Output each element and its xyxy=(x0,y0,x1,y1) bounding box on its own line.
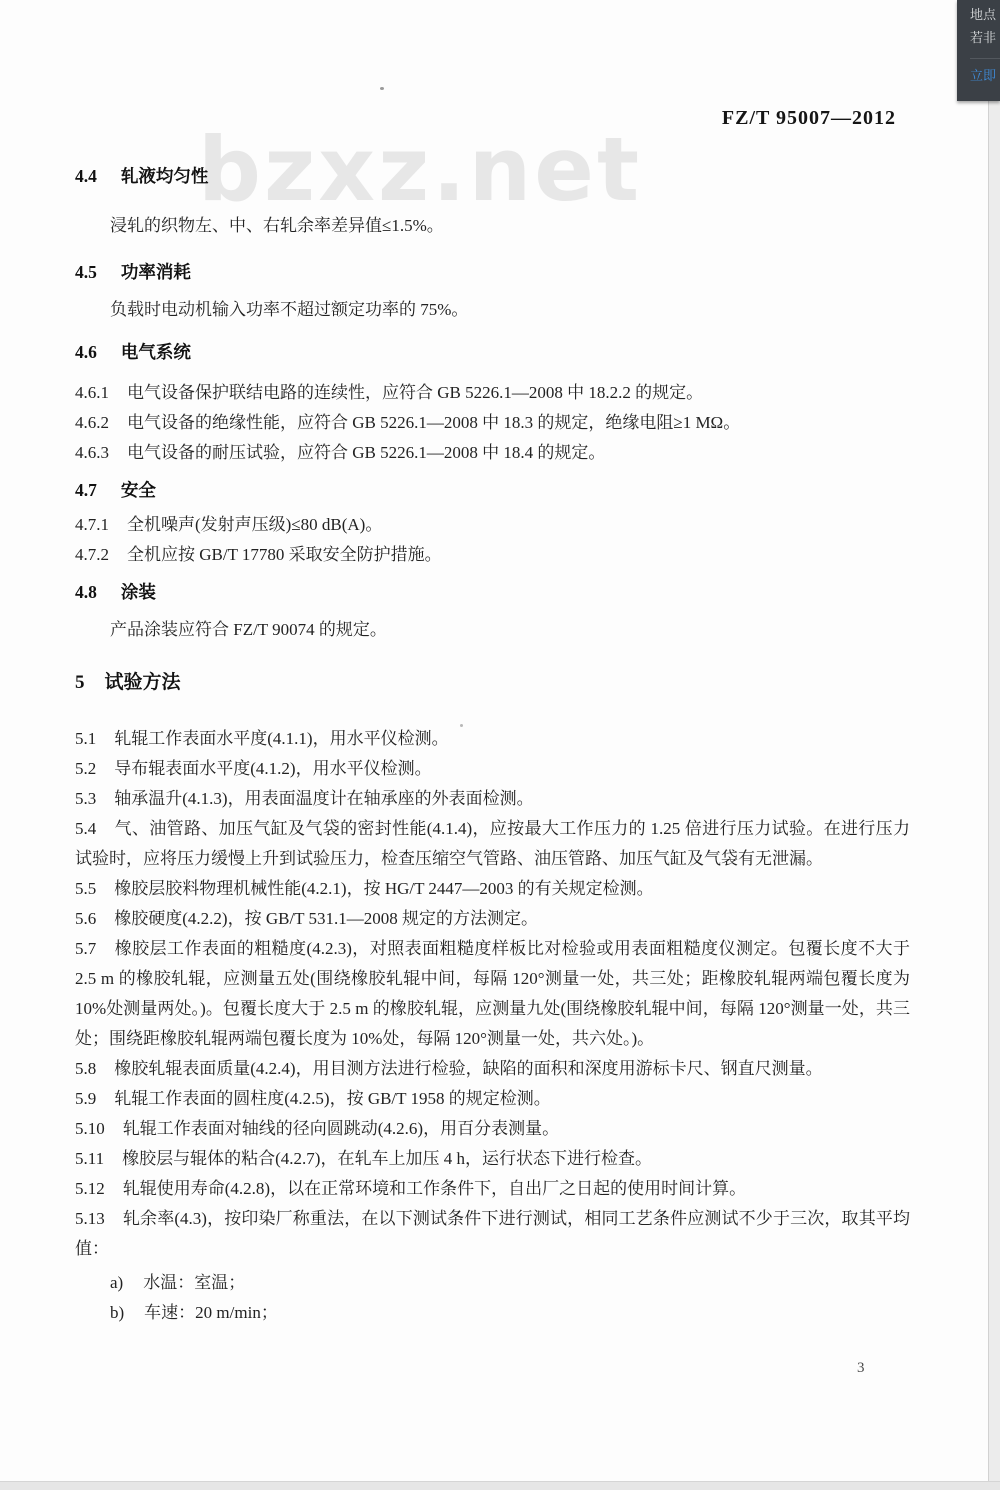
clause-text: 轧辊工作表面对轴线的径向圆跳动(4.2.6)，用百分表测量。 xyxy=(123,1119,559,1138)
clause-5-6: 5.6橡胶硬度(4.2.2)，按 GB/T 531.1—2008 规定的方法测定… xyxy=(75,904,910,934)
clause-text: 电气设备的绝缘性能，应符合 GB 5226.1—2008 中 18.3 的规定，… xyxy=(127,413,740,432)
section-heading-4-8: 4.8涂装 xyxy=(75,580,910,604)
list-marker: a) xyxy=(110,1273,123,1292)
clause-number: 4.6 xyxy=(75,342,97,362)
clause-5-4: 5.4气、油管路、加压气缸及气袋的密封性能(4.1.4)，应按最大工作压力的 1… xyxy=(75,814,910,874)
clause-text: 轧辊工作表面水平度(4.1.1)，用水平仪检测。 xyxy=(114,729,448,748)
list-item-a: a)水温：室温； xyxy=(75,1268,910,1298)
clause-number: 5.13 xyxy=(75,1209,105,1228)
clause-number: 5.2 xyxy=(75,759,96,778)
clause-number: 5.4 xyxy=(75,819,96,838)
clause-text: 橡胶层与辊体的粘合(4.2.7)，在轧车上加压 4 h，运行状态下进行检查。 xyxy=(122,1149,652,1168)
clause-number: 5.9 xyxy=(75,1089,96,1108)
section-heading-4-5: 4.5功率消耗 xyxy=(75,260,910,284)
scanned-page: bzxz.net FZ/T 95007—2012 4.4轧液均匀性 浸轧的织物左… xyxy=(0,0,988,1481)
clause-text: 橡胶轧辊表面质量(4.2.4)，用目测方法进行检验，缺陷的面积和深度用游标卡尺、… xyxy=(114,1059,822,1078)
clause-5-11: 5.11橡胶层与辊体的粘合(4.2.7)，在轧车上加压 4 h，运行状态下进行检… xyxy=(75,1144,910,1174)
heading-title: 涂装 xyxy=(121,582,156,602)
heading-title: 功率消耗 xyxy=(121,262,191,282)
chapter-heading-5: 5试验方法 xyxy=(75,670,910,696)
heading-title: 电气系统 xyxy=(121,342,191,362)
section-heading-4-4: 4.4轧液均匀性 xyxy=(75,164,910,188)
clause-number: 4.6.2 xyxy=(75,413,109,432)
clause-number: 5.12 xyxy=(75,1179,105,1198)
clause-4-6-2: 4.6.2电气设备的绝缘性能，应符合 GB 5226.1—2008 中 18.3… xyxy=(75,408,910,438)
clause-number: 5.7 xyxy=(75,939,96,958)
document-viewer: { "page": { "doc_code": "FZ/T 95007—2012… xyxy=(0,0,1000,1490)
clause-text: 电气设备的耐压试验，应符合 GB 5226.1—2008 中 18.4 的规定。 xyxy=(127,443,605,462)
clause-5-2: 5.2导布辊表面水平度(4.1.2)，用水平仪检测。 xyxy=(75,754,910,784)
clause-text: 气、油管路、加压气缸及气袋的密封性能(4.1.4)，应按最大工作压力的 1.25… xyxy=(75,819,910,868)
clause-text: 轧辊工作表面的圆柱度(4.2.5)，按 GB/T 1958 的规定检测。 xyxy=(114,1089,551,1108)
clause-4-7-2: 4.7.2全机应按 GB/T 17780 采取安全防护措施。 xyxy=(75,540,910,570)
viewer-background-strip xyxy=(988,0,1000,1490)
heading-title: 轧液均匀性 xyxy=(121,166,209,186)
clause-number: 4.7 xyxy=(75,480,97,500)
clause-paragraph: 浸轧的织物左、中、右轧余率差异值≤1.5%。 xyxy=(75,214,910,238)
clause-number: 4.7.2 xyxy=(75,545,109,564)
clause-number: 4.6.1 xyxy=(75,383,109,402)
clause-number: 4.8 xyxy=(75,582,97,602)
clause-number: 4.6.3 xyxy=(75,443,109,462)
clause-number: 5.1 xyxy=(75,729,96,748)
clause-5-12: 5.12轧辊使用寿命(4.2.8)，以在正常环境和工作条件下，自出厂之日起的使用… xyxy=(75,1174,910,1204)
clause-number: 5.11 xyxy=(75,1149,104,1168)
clause-paragraph: 负载时电动机输入功率不超过额定功率的 75%。 xyxy=(75,298,910,322)
section-heading-4-6: 4.6电气系统 xyxy=(75,340,910,364)
clause-text: 全机应按 GB/T 17780 采取安全防护措施。 xyxy=(127,545,442,564)
clause-text: 轴承温升(4.1.3)，用表面温度计在轴承座的外表面检测。 xyxy=(114,789,533,808)
clause-4-6-3: 4.6.3电气设备的耐压试验，应符合 GB 5226.1—2008 中 18.4… xyxy=(75,438,910,468)
clause-text: 导布辊表面水平度(4.1.2)，用水平仪检测。 xyxy=(114,759,431,778)
list-marker: b) xyxy=(110,1303,124,1322)
clause-number: 5.6 xyxy=(75,909,96,928)
clause-text: 轧余率(4.3)，按印染厂称重法，在以下测试条件下进行测试，相同工艺条件应测试不… xyxy=(75,1209,910,1258)
clause-text: 轧辊使用寿命(4.2.8)，以在正常环境和工作条件下，自出厂之日起的使用时间计算… xyxy=(123,1179,746,1198)
clause-4-6-1: 4.6.1电气设备保护联结电路的连续性，应符合 GB 5226.1—2008 中… xyxy=(75,378,910,408)
clause-text: 橡胶层胶料物理机械性能(4.2.1)，按 HG/T 2447—2003 的有关规… xyxy=(114,879,653,898)
clause-number: 5.10 xyxy=(75,1119,105,1138)
notice-divider xyxy=(970,58,1000,59)
clause-number: 4.5 xyxy=(75,262,97,282)
clause-text: 橡胶层工作表面的粗糙度(4.2.3)，对照表面粗糙度样板比对检验或用表面粗糙度仪… xyxy=(75,939,910,1048)
section-heading-4-7: 4.7安全 xyxy=(75,478,910,502)
clause-5-9: 5.9轧辊工作表面的圆柱度(4.2.5)，按 GB/T 1958 的规定检测。 xyxy=(75,1084,910,1114)
clause-5-5: 5.5橡胶层胶料物理机械性能(4.2.1)，按 HG/T 2447—2003 的… xyxy=(75,874,910,904)
standard-code-header: FZ/T 95007—2012 xyxy=(75,106,896,130)
heading-title: 试验方法 xyxy=(105,672,181,693)
clause-text: 橡胶硬度(4.2.2)，按 GB/T 531.1—2008 规定的方法测定。 xyxy=(114,909,538,928)
clause-number: 5.3 xyxy=(75,789,96,808)
page-number: 3 xyxy=(857,1360,865,1377)
clause-number: 4.4 xyxy=(75,166,97,186)
list-text: 车速：20 m/min； xyxy=(144,1303,278,1322)
clause-text: 全机噪声(发射声压级)≤80 dB(A)。 xyxy=(127,515,382,534)
clause-4-7-1: 4.7.1全机噪声(发射声压级)≤80 dB(A)。 xyxy=(75,510,910,540)
clause-5-1: 5.1轧辊工作表面水平度(4.1.1)，用水平仪检测。 xyxy=(75,724,910,754)
clause-paragraph: 产品涂装应符合 FZ/T 90074 的规定。 xyxy=(75,618,910,642)
clause-5-3: 5.3轴承温升(4.1.3)，用表面温度计在轴承座的外表面检测。 xyxy=(75,784,910,814)
clause-text: 电气设备保护联结电路的连续性，应符合 GB 5226.1—2008 中 18.2… xyxy=(127,383,703,402)
clause-5-13: 5.13轧余率(4.3)，按印染厂称重法，在以下测试条件下进行测试，相同工艺条件… xyxy=(75,1204,910,1264)
page-content: FZ/T 95007—2012 4.4轧液均匀性 浸轧的织物左、中、右轧余率差异… xyxy=(0,0,988,1328)
clause-number: 5.8 xyxy=(75,1059,96,1078)
clause-number: 5 xyxy=(75,672,85,693)
clause-5-10: 5.10轧辊工作表面对轴线的径向圆跳动(4.2.6)，用百分表测量。 xyxy=(75,1114,910,1144)
clause-number: 4.7.1 xyxy=(75,515,109,534)
viewer-background-strip xyxy=(0,1481,1000,1490)
notice-action-link[interactable]: 立即 xyxy=(970,68,1000,84)
notice-text: 地点 xyxy=(970,7,1000,23)
site-notice-overlay: 地点 若非 立即 xyxy=(957,0,1000,101)
clause-5-8: 5.8橡胶轧辊表面质量(4.2.4)，用目测方法进行检验，缺陷的面积和深度用游标… xyxy=(75,1054,910,1084)
clause-5-7: 5.7橡胶层工作表面的粗糙度(4.2.3)，对照表面粗糙度样板比对检验或用表面粗… xyxy=(75,934,910,1054)
list-text: 水温：室温； xyxy=(143,1273,245,1292)
clause-number: 5.5 xyxy=(75,879,96,898)
notice-text: 若非 xyxy=(970,30,1000,46)
heading-title: 安全 xyxy=(121,480,156,500)
list-item-b: b)车速：20 m/min； xyxy=(75,1298,910,1328)
